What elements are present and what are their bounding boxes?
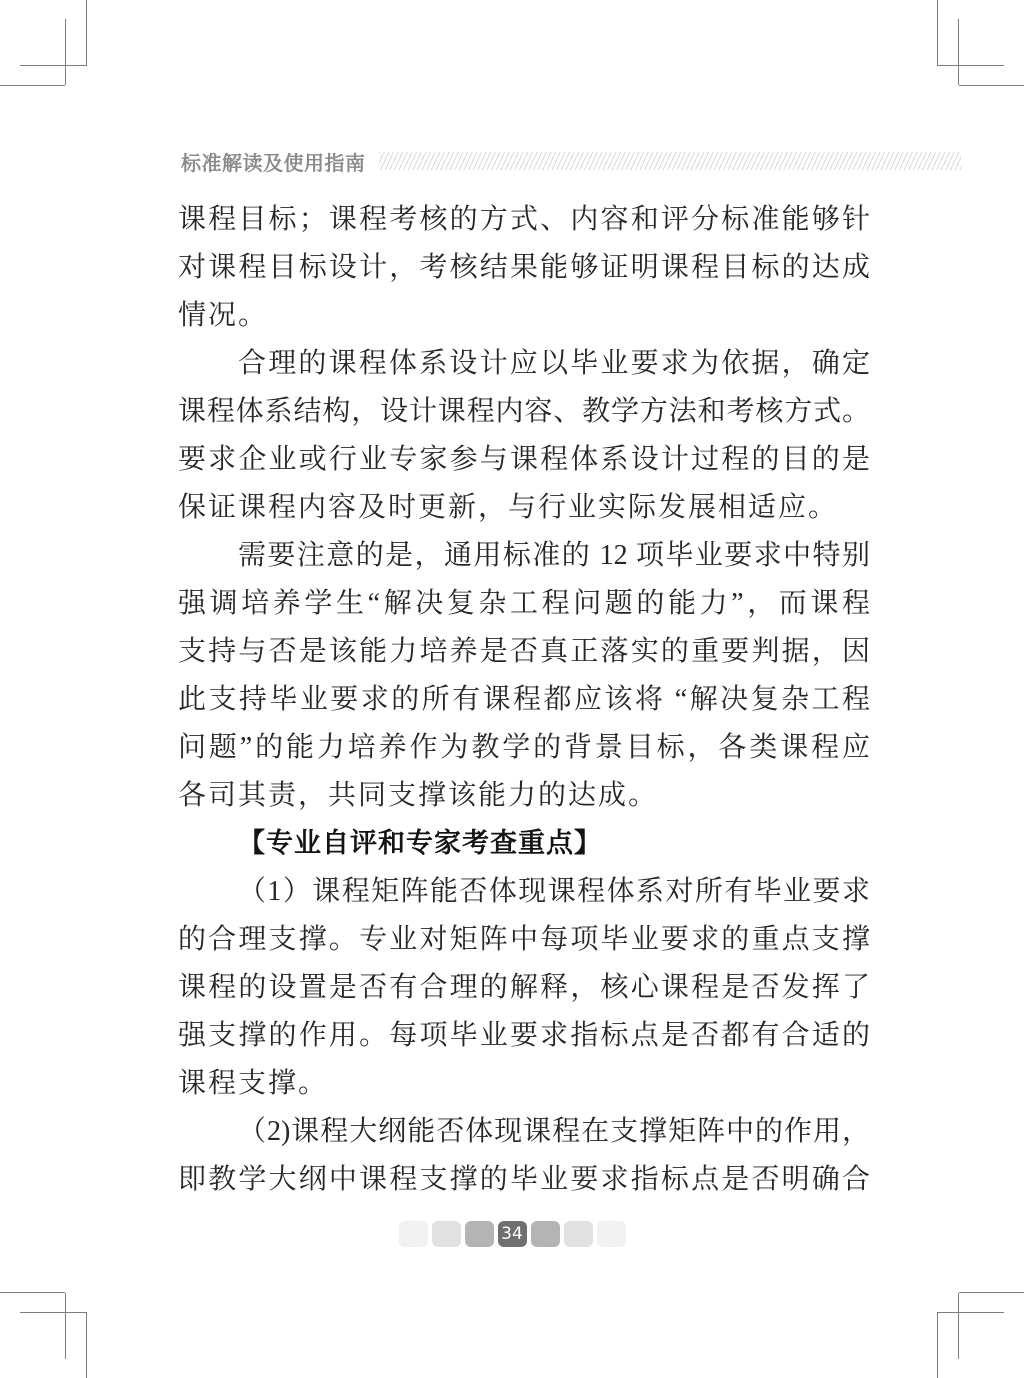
running-header-title: 标准解读及使用指南 (181, 147, 366, 176)
text-line: 需要注意的是，通用标准的 12 项毕业要求中特别 (178, 532, 870, 580)
text-line: 要求企业或行业专家参与课程体系设计过程的目的是 (178, 436, 870, 484)
crop-mark (65, 19, 66, 85)
page-number-box: 34 (498, 1221, 527, 1247)
text-line: 此支持毕业要求的所有课程都应该将 “解决复杂工程 (178, 676, 870, 724)
text-line: 合理的课程体系设计应以毕业要求为依据，确定 (178, 340, 870, 388)
text-line: 情况。 (178, 292, 870, 340)
text-line: 保证课程内容及时更新，与行业实际发展相适应。 (178, 484, 870, 532)
crop-mark (958, 19, 959, 85)
text-line: 即教学大纲中课程支撑的毕业要求指标点是否明确合 (178, 1156, 870, 1204)
book-page: 标准解读及使用指南 课程目标；课程考核的方式、内容和评分标准能够针对课程目标设计… (0, 0, 1024, 1378)
crop-mark (86, 1312, 87, 1378)
text-line: （2)课程大纲能否体现课程在支撑矩阵中的作用， (178, 1108, 870, 1156)
crop-mark (20, 1312, 86, 1313)
text-line: （1）课程矩阵能否体现课程体系对所有毕业要求 (178, 868, 870, 916)
pagination-square (531, 1221, 560, 1247)
text-line: 问题”的能力培养作为教学的背景目标，各类课程应 (178, 724, 870, 772)
text-line: 强支撑的作用。每项毕业要求指标点是否都有合适的 (178, 1012, 870, 1060)
crop-mark (0, 1292, 65, 1293)
crop-mark (0, 85, 65, 86)
text-line: 课程目标；课程考核的方式、内容和评分标准能够针 (178, 196, 870, 244)
crop-mark (20, 65, 86, 66)
page-footer-pagination: 34 (0, 1221, 1024, 1247)
text-line: 的合理支撑。专业对矩阵中每项毕业要求的重点支撑 (178, 916, 870, 964)
crop-mark (938, 1312, 1004, 1313)
text-line: 支持与否是该能力培养是否真正落实的重要判据，因 (178, 628, 870, 676)
crop-mark (958, 1293, 959, 1359)
text-line: 课程体系结构，设计课程内容、教学方法和考核方式。 (178, 388, 870, 436)
page-body-text: 课程目标；课程考核的方式、内容和评分标准能够针对课程目标设计，考核结果能够证明课… (178, 196, 870, 1204)
header-hatch-pattern (379, 152, 962, 170)
crop-mark (959, 85, 1024, 86)
section-heading: 【专业自评和专家考查重点】 (178, 820, 870, 868)
running-header: 标准解读及使用指南 (181, 148, 961, 174)
text-line: 对课程目标设计，考核结果能够证明课程目标的达成 (178, 244, 870, 292)
pagination-square (465, 1221, 494, 1247)
text-line: 课程的设置是否有合理的解释，核心课程是否发挥了 (178, 964, 870, 1012)
crop-mark (959, 1292, 1024, 1293)
text-line: 课程支撑。 (178, 1060, 870, 1108)
crop-mark (937, 1312, 938, 1378)
pagination-square (597, 1221, 626, 1247)
crop-mark (65, 1293, 66, 1359)
pagination-square (432, 1221, 461, 1247)
text-line: 强调培养学生“解决复杂工程问题的能力”，而课程 (178, 580, 870, 628)
crop-mark (86, 0, 87, 66)
crop-mark (937, 0, 938, 66)
pagination-square (399, 1221, 428, 1247)
crop-mark (938, 65, 1004, 66)
text-line: 各司其责，共同支撑该能力的达成。 (178, 772, 870, 820)
pagination-square (564, 1221, 593, 1247)
